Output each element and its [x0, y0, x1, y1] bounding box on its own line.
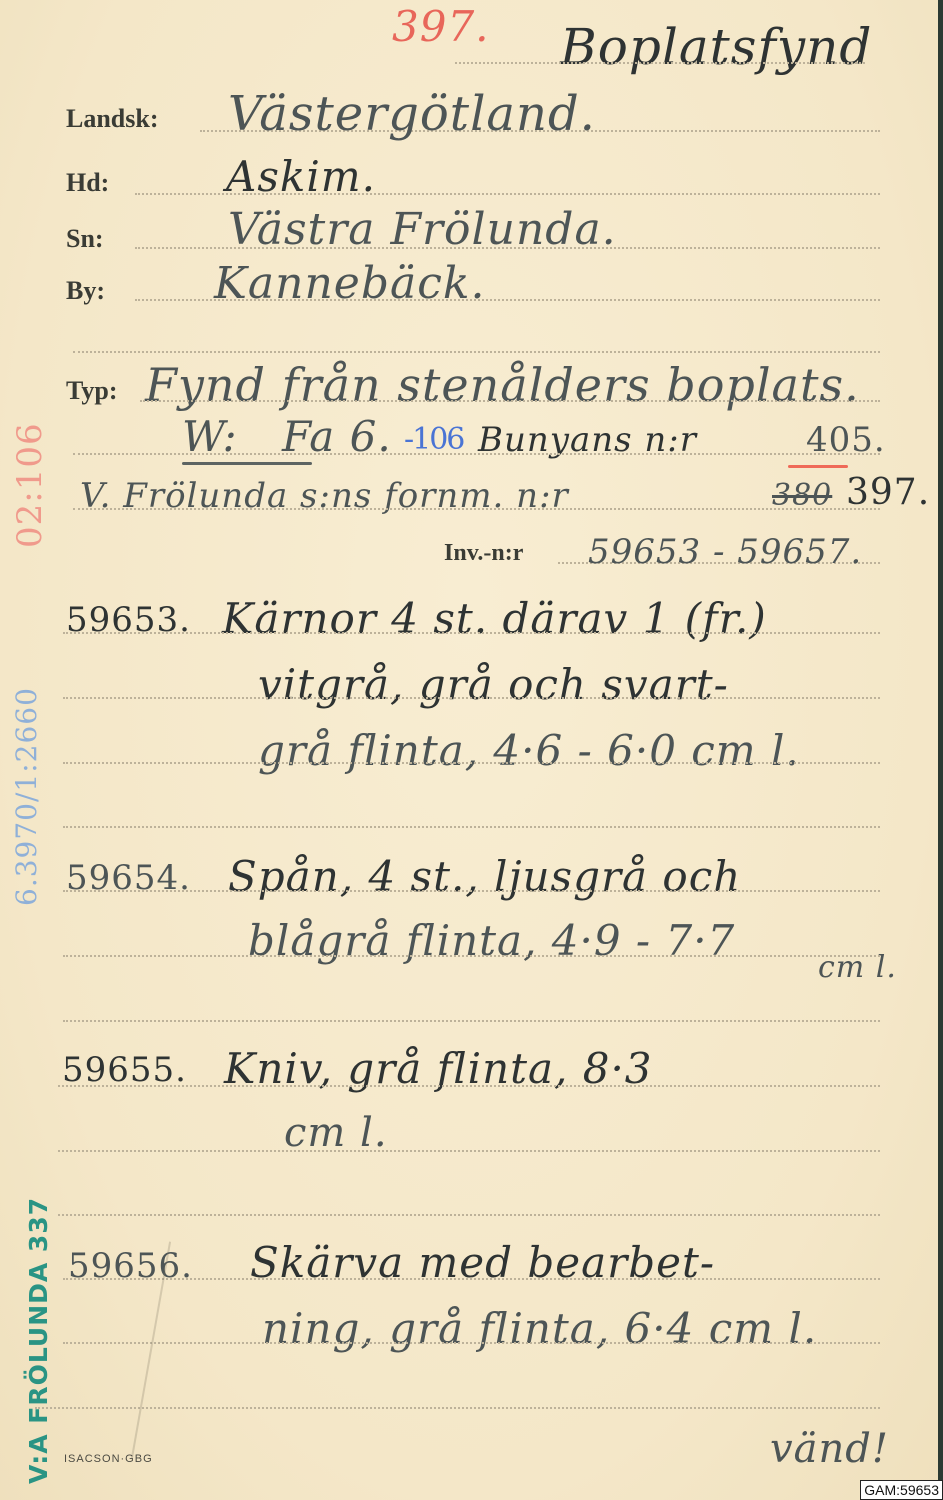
- entry-dotted-line: [63, 1020, 880, 1022]
- hd-value: Askim.: [226, 152, 376, 201]
- entry-dotted-line: [58, 1150, 880, 1152]
- typ-line-3-number: 397.: [846, 472, 930, 513]
- sn-label: Sn:: [66, 224, 104, 254]
- landsk-value: Västergötland.: [228, 86, 596, 142]
- typ-line-3-prefix: V. Frölunda s:ns fornm. n:r: [80, 476, 569, 516]
- entry-dotted-line: [58, 1085, 880, 1087]
- category-title: Boplatsfynd: [560, 18, 872, 76]
- archive-id-label: GAM:59653: [860, 1480, 943, 1500]
- entry-number: 59656.: [68, 1246, 193, 1286]
- entry-number: 59655.: [62, 1050, 187, 1090]
- entry-number: 59653.: [66, 600, 191, 640]
- by-label: By:: [66, 276, 105, 306]
- entry-line: Spån, 4 st., ljusgrå och: [228, 852, 741, 901]
- sn-value: Västra Frölunda.: [228, 204, 617, 255]
- catalog-card: 397. Boplatsfynd Landsk: Västergötland. …: [0, 0, 938, 1500]
- red-margin-note: 02:106: [10, 422, 50, 548]
- entry-line: vitgrå, grå och svart-: [258, 660, 729, 709]
- by-value: Kannebäck.: [214, 258, 486, 309]
- printer-mark: ISACSON·GBG: [64, 1453, 153, 1465]
- fa-underline: [182, 462, 312, 465]
- typ-dotted-line-3: [73, 508, 880, 510]
- inventory-value: 59653 - 59657.: [588, 532, 862, 572]
- entry-dotted-line: [63, 762, 880, 764]
- entry-dotted-line: [58, 1214, 880, 1216]
- typ-line-1: Fynd från stenålders boplats.: [145, 358, 860, 412]
- typ-label: Typ:: [66, 376, 118, 406]
- entry-dotted-line: [63, 826, 880, 828]
- bunyans-red-underline: [788, 465, 848, 468]
- typ-line-2-blue-number: -106: [404, 422, 463, 457]
- typ-dotted-line-1: [140, 400, 880, 402]
- entry-number: 59654.: [66, 858, 191, 898]
- entry-dotted-line: [63, 697, 880, 699]
- location-stamp: V:A FRÖLUNDA 337: [24, 1197, 53, 1484]
- turn-over-note: vänd!: [770, 1426, 889, 1472]
- blue-margin-note: 6.3970/1:2660: [10, 687, 43, 906]
- entry-line: Kärnor 4 st. därav 1 (fr.): [222, 594, 767, 643]
- separator-dotted-line: [73, 351, 880, 353]
- entry-dotted-line: [35, 1407, 880, 1409]
- entry-line: ning, grå flinta, 6·4 cm l.: [262, 1304, 817, 1353]
- catalog-number: 397.: [392, 2, 490, 51]
- landsk-label: Landsk:: [66, 104, 159, 134]
- inventory-label: Inv.-n:r: [444, 540, 523, 567]
- card-edge-border: [938, 0, 943, 1500]
- entry-dotted-line: [63, 1342, 880, 1344]
- typ-dotted-line-2: [73, 453, 880, 455]
- entry-dotted-line: [63, 632, 880, 634]
- category-dotted-line: [455, 62, 865, 64]
- hd-label: Hd:: [66, 168, 109, 198]
- entry-line: blågrå flinta, 4·9 - 7·7: [248, 916, 735, 965]
- entry-line: grå flinta, 4·6 - 6·0 cm l.: [258, 726, 800, 775]
- entry-dotted-line: [63, 955, 880, 957]
- entry-dotted-line: [63, 890, 880, 892]
- entry-dotted-line: [63, 1278, 880, 1280]
